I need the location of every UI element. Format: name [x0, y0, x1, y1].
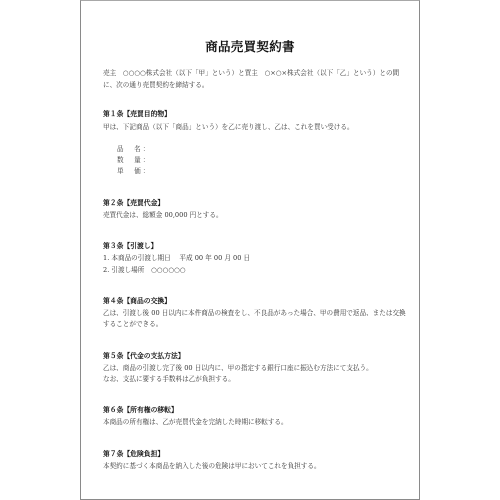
article-1-heading: 第１条【売買目的物】: [103, 109, 171, 119]
article-2-line-1: 売買代金は、総額金 00,000 円とする。: [103, 210, 223, 220]
article-3-heading: 第３条【引渡し】: [103, 241, 157, 251]
article-6-heading: 第６条【所有権の移転】: [103, 405, 178, 415]
preamble-line-1: 売主 ○○○○株式会社（以下「甲」という）と買主 ○×○×株式会社（以下「乙」と…: [103, 68, 399, 78]
field-product-name: 品 名：: [117, 144, 151, 154]
viewer-canvas: 商品売買契約書 売主 ○○○○株式会社（以下「甲」という）と買主 ○×○×株式会…: [0, 0, 500, 500]
preamble-line-2: に、次の通り売買契約を締結する。: [103, 80, 209, 90]
field-quantity: 数 量：: [117, 155, 151, 165]
article-1-line-1: 甲は、下記商品（以下「商品」という）を乙に売り渡し、乙は、これを買い受ける。: [103, 122, 354, 132]
article-4-heading: 第４条【商品の交換】: [103, 296, 171, 306]
article-3-line-1: 1. 本商品の引渡し期日 平成 00 年 00 月 00 日: [103, 253, 250, 263]
article-5-line-2: なお、支払に要する手数料は乙が負担する。: [103, 374, 235, 384]
article-6-line-1: 本商品の所有権は、乙が売買代金を完納した時期に移転する。: [103, 417, 288, 427]
document-title: 商品売買契約書: [81, 38, 419, 56]
article-3-line-2: 2. 引渡し場所 ○○○○○○: [103, 265, 185, 275]
field-unit-price: 単 価：: [117, 166, 151, 176]
article-2-heading: 第２条【売買代金】: [103, 198, 164, 208]
article-5-heading: 第５条【代金の支払方法】: [103, 351, 185, 361]
article-4-line-1: 乙は、引渡し後 00 日以内に本件商品の検査をし、不良品があった場合、甲の費用で…: [103, 308, 406, 318]
article-5-line-1: 乙は、商品の引渡し完了後 00 日以内に、甲の指定する銀行口座に振込む方法にて支…: [103, 363, 373, 373]
document-page: 商品売買契約書 売主 ○○○○株式会社（以下「甲」という）と買主 ○×○×株式会…: [80, 0, 420, 500]
article-4-line-2: することができる。: [103, 319, 162, 329]
article-7-line-1: 本契約に基づく本商品を納入した後の危険は甲においてこれを負担する。: [103, 461, 321, 471]
article-7-heading: 第７条【危険負担】: [103, 449, 164, 459]
